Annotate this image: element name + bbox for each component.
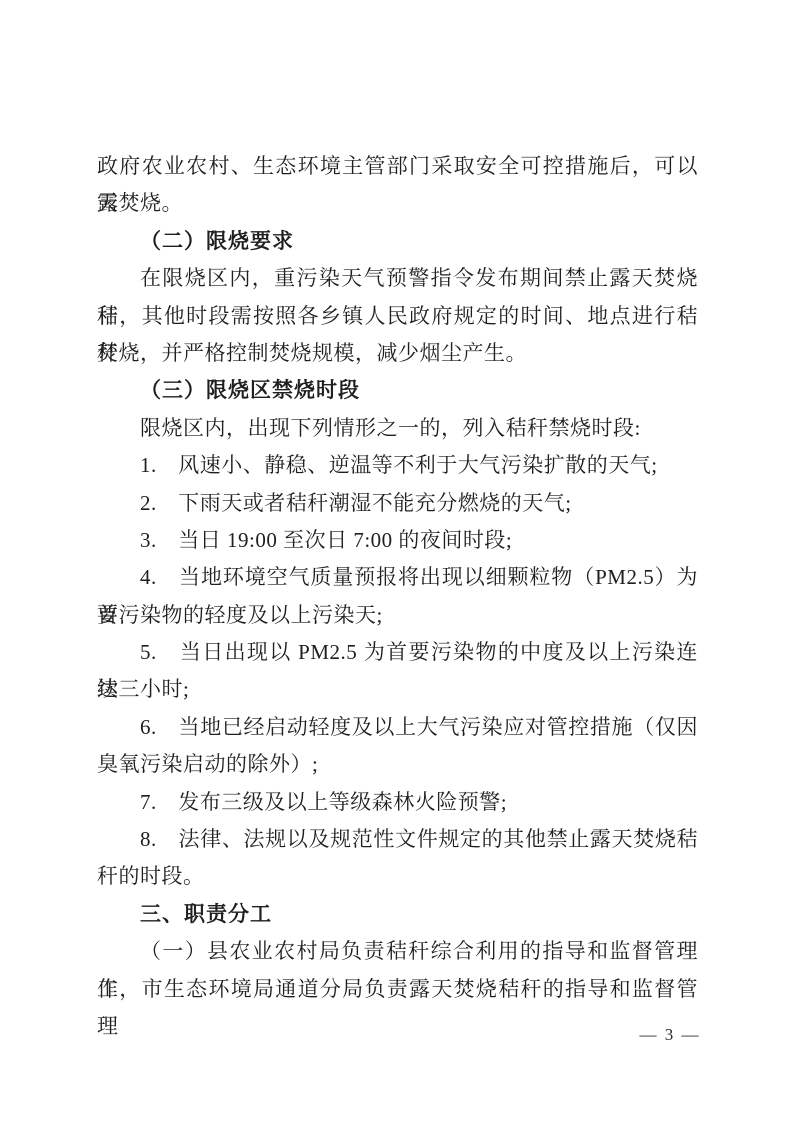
body-line: 天焚烧。	[97, 185, 698, 222]
section-heading: （三）限烧区禁烧时段	[97, 372, 698, 409]
list-item: 8. 法律、法规以及规范性文件规定的其他禁止露天焚烧秸	[97, 821, 698, 858]
body-line: 焚烧，并严格控制焚烧规模，减少烟尘产生。	[97, 335, 698, 372]
list-item: 7. 发布三级及以上等级森林火险预警;	[97, 784, 698, 821]
body-line: 政府农业农村、生态环境主管部门采取安全可控措施后，可以露	[97, 148, 698, 185]
list-item-continuation: 达三小时;	[97, 671, 698, 708]
list-item: 4. 当地环境空气质量预报将出现以细颗粒物（PM2.5）为首	[97, 559, 698, 596]
list-item-continuation: 要污染物的轻度及以上污染天;	[97, 597, 698, 634]
body-line: （一）县农业农村局负责秸秆综合利用的指导和监督管理工	[97, 933, 698, 970]
document-body: 政府农业农村、生态环境主管部门采取安全可控措施后，可以露 天焚烧。 （二）限烧要…	[97, 148, 698, 1008]
list-item: 5. 当日出现以 PM2.5 为首要污染物的中度及以上污染连续	[97, 634, 698, 671]
body-line: 在限烧区内，重污染天气预警指令发布期间禁止露天焚烧秸	[97, 260, 698, 297]
document-page: 政府农业农村、生态环境主管部门采取安全可控措施后，可以露 天焚烧。 （二）限烧要…	[0, 0, 793, 1122]
list-item: 1. 风速小、静稳、逆温等不利于大气污染扩散的天气;	[97, 447, 698, 484]
page-number: — 3 —	[615, 1022, 725, 1048]
section-heading: 三、职责分工	[97, 896, 698, 933]
list-item: 2. 下雨天或者秸秆潮湿不能充分燃烧的天气;	[97, 485, 698, 522]
body-line: 秆，其他时段需按照各乡镇人民政府规定的时间、地点进行秸秆	[97, 298, 698, 335]
section-heading: （二）限烧要求	[97, 223, 698, 260]
list-item-continuation: 臭氧污染启动的除外）;	[97, 746, 698, 783]
list-item: 6. 当地已经启动轻度及以上大气污染应对管控措施（仅因	[97, 709, 698, 746]
list-item-continuation: 秆的时段。	[97, 858, 698, 895]
list-item: 3. 当日 19:00 至次日 7:00 的夜间时段;	[97, 522, 698, 559]
body-line: 限烧区内，出现下列情形之一的，列入秸秆禁烧时段:	[97, 410, 698, 447]
body-line: 作，市生态环境局通道分局负责露天焚烧秸秆的指导和监督管理	[97, 971, 698, 1008]
